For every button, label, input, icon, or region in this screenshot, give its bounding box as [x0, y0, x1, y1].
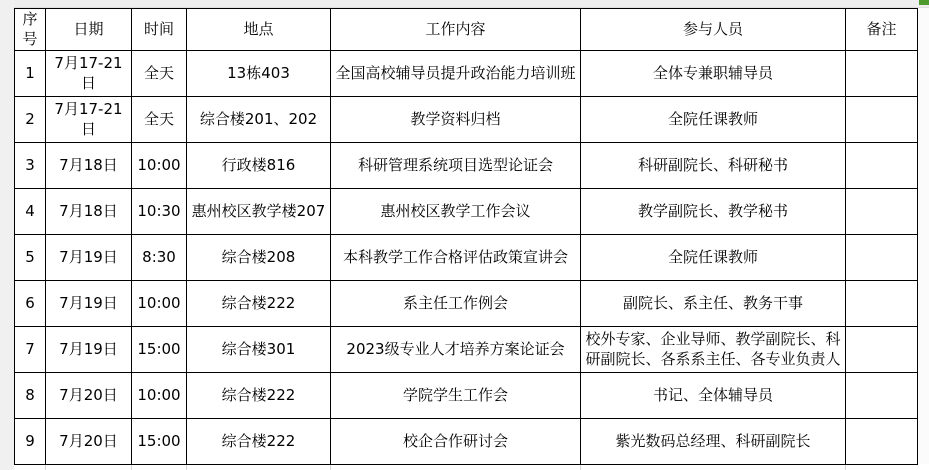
- cell-people[interactable]: 科研副院长、科研秘书: [581, 143, 846, 189]
- sheet-margin-top: [0, 0, 929, 8]
- cell-place[interactable]: 综合楼222: [187, 419, 331, 465]
- cell-place[interactable]: 综合楼222: [187, 281, 331, 327]
- header-cell-date[interactable]: 日期: [46, 9, 132, 51]
- table-row: 27月17-21日全天综合楼201、202教学资料归档全院任课教师: [15, 97, 918, 143]
- cell-people[interactable]: 教学副院长、教学秘书: [581, 189, 846, 235]
- cell-note[interactable]: [846, 97, 918, 143]
- cell-time[interactable]: 10:30: [132, 189, 187, 235]
- cell-content[interactable]: 全国高校辅导员提升政治能力培训班: [331, 51, 581, 97]
- cell-note[interactable]: [846, 189, 918, 235]
- cell-index[interactable]: 9: [15, 419, 46, 465]
- cell-index[interactable]: 7: [15, 327, 46, 373]
- cell-time[interactable]: 15:00: [132, 327, 187, 373]
- table-row: 47月18日10:30惠州校区教学楼207惠州校区教学工作会议教学副院长、教学秘…: [15, 189, 918, 235]
- cell-time[interactable]: 15:00: [132, 419, 187, 465]
- sheet-margin-left: [0, 0, 14, 470]
- gridline: [186, 465, 187, 470]
- spreadsheet-canvas: 序号 日期 时间 地点 工作内容 参与人员 备注 17月17-21日全天13栋4…: [0, 0, 929, 470]
- cell-date[interactable]: 7月20日: [46, 419, 132, 465]
- cell-index[interactable]: 1: [15, 51, 46, 97]
- cell-content[interactable]: 本科教学工作合格评估政策宣讲会: [331, 235, 581, 281]
- cell-date[interactable]: 7月18日: [46, 143, 132, 189]
- cell-index[interactable]: 5: [15, 235, 46, 281]
- cell-time[interactable]: 10:00: [132, 281, 187, 327]
- cell-date[interactable]: 7月19日: [46, 281, 132, 327]
- green-corner-marker: [919, 0, 929, 5]
- cell-index[interactable]: 8: [15, 373, 46, 419]
- cell-time[interactable]: 10:00: [132, 143, 187, 189]
- cell-place[interactable]: 惠州校区教学楼207: [187, 189, 331, 235]
- header-cell-people[interactable]: 参与人员: [581, 9, 846, 51]
- cell-date[interactable]: 7月19日: [46, 235, 132, 281]
- cell-place[interactable]: 综合楼208: [187, 235, 331, 281]
- cell-note[interactable]: [846, 143, 918, 189]
- header-cell-content[interactable]: 工作内容: [331, 9, 581, 51]
- cell-date[interactable]: 7月17-21日: [46, 51, 132, 97]
- cell-content[interactable]: 系主任工作例会: [331, 281, 581, 327]
- cell-note[interactable]: [846, 51, 918, 97]
- cell-people[interactable]: 副院长、系主任、教务干事: [581, 281, 846, 327]
- cell-time[interactable]: 10:00: [132, 373, 187, 419]
- cell-note[interactable]: [846, 419, 918, 465]
- header-cell-index[interactable]: 序号: [15, 9, 46, 51]
- cell-date[interactable]: 7月18日: [46, 189, 132, 235]
- cell-place[interactable]: 行政楼816: [187, 143, 331, 189]
- header-cell-time[interactable]: 时间: [132, 9, 187, 51]
- cell-content[interactable]: 2023级专业人才培养方案论证会: [331, 327, 581, 373]
- cell-note[interactable]: [846, 281, 918, 327]
- cell-people[interactable]: 书记、全体辅导员: [581, 373, 846, 419]
- cell-content[interactable]: 科研管理系统项目选型论证会: [331, 143, 581, 189]
- table-row: 57月19日8:30综合楼208本科教学工作合格评估政策宣讲会全院任课教师: [15, 235, 918, 281]
- cell-people[interactable]: 全院任课教师: [581, 235, 846, 281]
- cell-place[interactable]: 13栋403: [187, 51, 331, 97]
- schedule-table: 序号 日期 时间 地点 工作内容 参与人员 备注 17月17-21日全天13栋4…: [14, 8, 918, 465]
- cell-content[interactable]: 教学资料归档: [331, 97, 581, 143]
- gridline: [45, 465, 46, 470]
- cell-place[interactable]: 综合楼222: [187, 373, 331, 419]
- table-row: 37月18日10:00行政楼816科研管理系统项目选型论证会科研副院长、科研秘书: [15, 143, 918, 189]
- cell-index[interactable]: 4: [15, 189, 46, 235]
- cell-content[interactable]: 学院学生工作会: [331, 373, 581, 419]
- cell-time[interactable]: 全天: [132, 97, 187, 143]
- table-row: 87月20日10:00综合楼222学院学生工作会书记、全体辅导员: [15, 373, 918, 419]
- cell-time[interactable]: 全天: [132, 51, 187, 97]
- cell-note[interactable]: [846, 327, 918, 373]
- cell-time[interactable]: 8:30: [132, 235, 187, 281]
- cell-place[interactable]: 综合楼201、202: [187, 97, 331, 143]
- table-row: 67月19日10:00综合楼222系主任工作例会副院长、系主任、教务干事: [15, 281, 918, 327]
- gridline: [330, 465, 331, 470]
- cell-date[interactable]: 7月17-21日: [46, 97, 132, 143]
- gridline: [845, 465, 846, 470]
- schedule-table-body: 17月17-21日全天13栋403全国高校辅导员提升政治能力培训班全体专兼职辅导…: [15, 51, 918, 465]
- cell-note[interactable]: [846, 373, 918, 419]
- cell-content[interactable]: 校企合作研讨会: [331, 419, 581, 465]
- cell-people[interactable]: 全院任课教师: [581, 97, 846, 143]
- table-row: 97月20日15:00综合楼222校企合作研讨会紫光数码总经理、科研副院长: [15, 419, 918, 465]
- gridline: [131, 465, 132, 470]
- cell-place[interactable]: 综合楼301: [187, 327, 331, 373]
- cell-index[interactable]: 3: [15, 143, 46, 189]
- cell-note[interactable]: [846, 235, 918, 281]
- cell-date[interactable]: 7月20日: [46, 373, 132, 419]
- gridline: [580, 465, 581, 470]
- cell-date[interactable]: 7月19日: [46, 327, 132, 373]
- cell-index[interactable]: 2: [15, 97, 46, 143]
- cell-index[interactable]: 6: [15, 281, 46, 327]
- cell-content[interactable]: 惠州校区教学工作会议: [331, 189, 581, 235]
- table-row: 77月19日15:00综合楼3012023级专业人才培养方案论证会校外专家、企业…: [15, 327, 918, 373]
- cell-people[interactable]: 全体专兼职辅导员: [581, 51, 846, 97]
- table-row: 17月17-21日全天13栋403全国高校辅导员提升政治能力培训班全体专兼职辅导…: [15, 51, 918, 97]
- cell-people[interactable]: 校外专家、企业导师、教学副院长、科研副院长、各系系主任、各专业负责人: [581, 327, 846, 373]
- header-cell-note[interactable]: 备注: [846, 9, 918, 51]
- sheet-margin-right: [918, 8, 929, 470]
- header-row: 序号 日期 时间 地点 工作内容 参与人员 备注: [15, 9, 918, 51]
- header-cell-place[interactable]: 地点: [187, 9, 331, 51]
- cell-people[interactable]: 紫光数码总经理、科研副院长: [581, 419, 846, 465]
